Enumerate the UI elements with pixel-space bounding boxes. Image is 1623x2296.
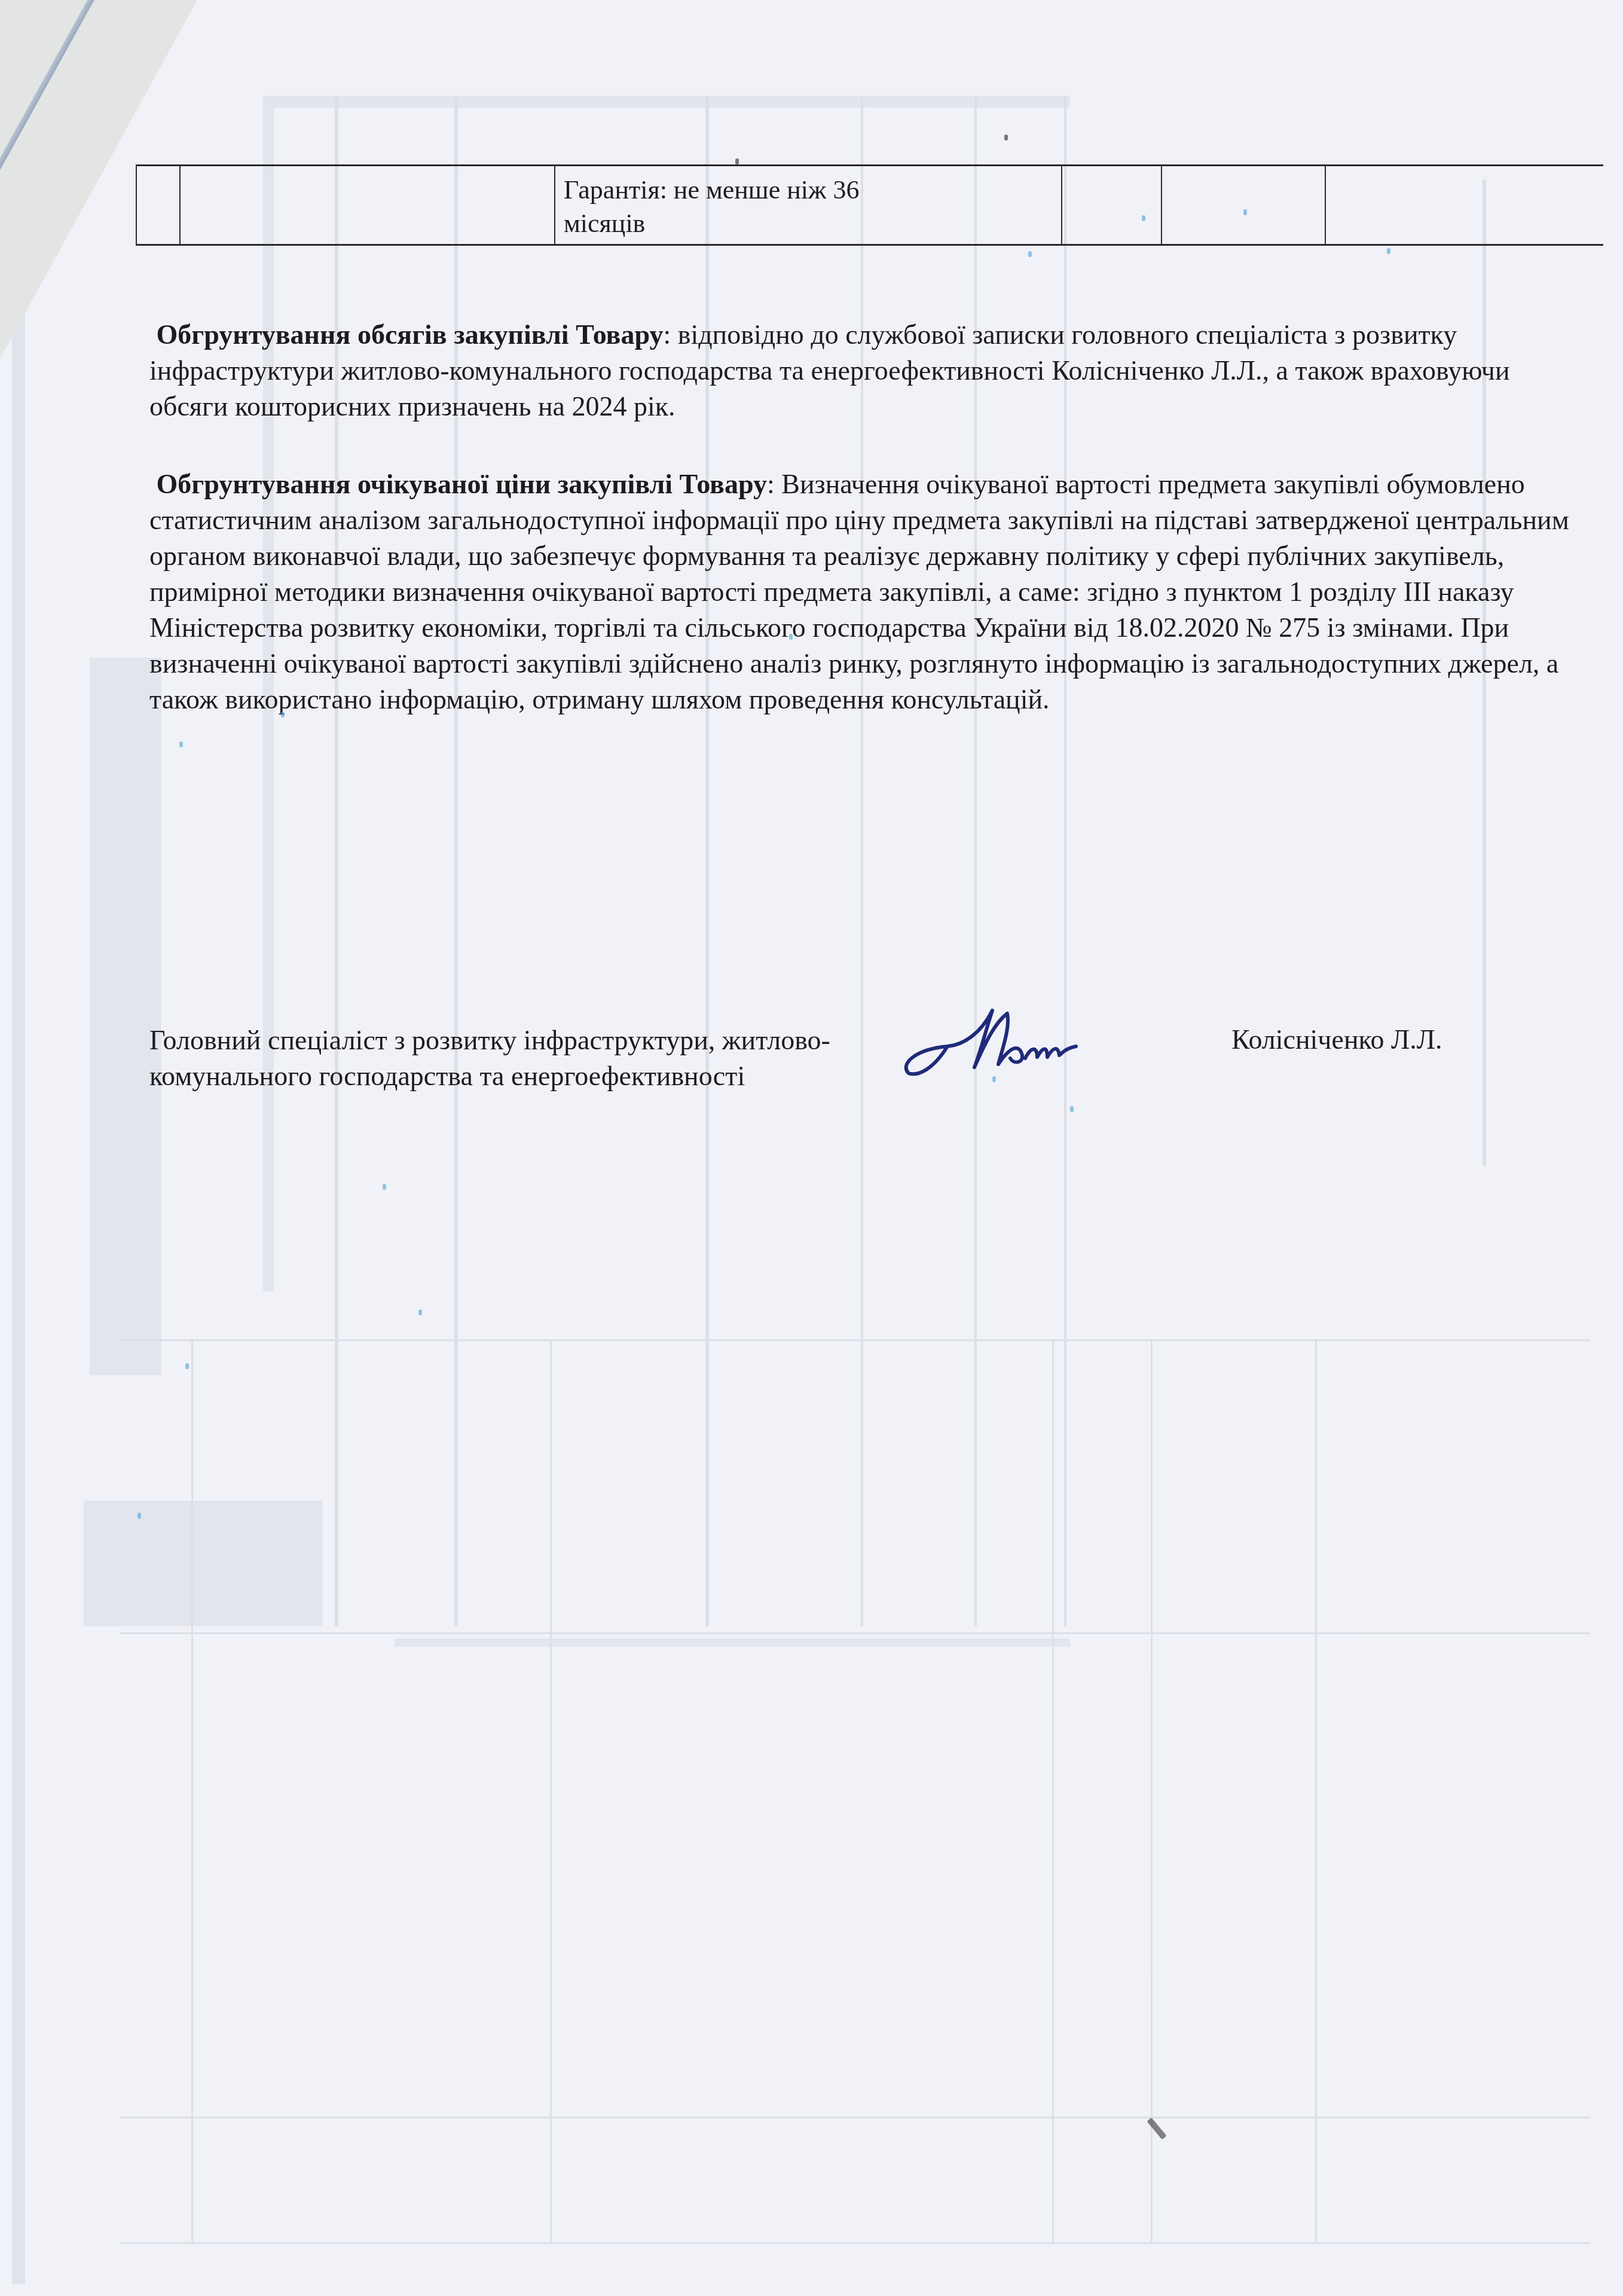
price-justification-paragraph: Обгрунтування очікуваної ціни закупівлі … [149, 466, 1572, 717]
signatory-title: Головний спеціаліст з розвитку інфрастру… [149, 1022, 837, 1094]
table-cell-unit [1061, 166, 1162, 244]
volume-justification-label: Обгрунтування обсягів закупівлі Товару [157, 319, 664, 350]
handwritten-signature-icon [891, 1004, 1082, 1082]
table-cell-characteristics: Гарантія: не менше ніж 36 місяців [554, 166, 1062, 244]
scanned-page: Гарантія: не менше ніж 36 місяців Обгрун… [0, 0, 1623, 2296]
signatory-name: Колісніченко Л.Л. [1231, 1024, 1442, 1055]
table-cell-number [136, 166, 181, 244]
scan-edge-shadow [12, 251, 25, 2284]
price-justification-text: : Визначення очікуваної вартості предмет… [149, 469, 1569, 715]
table-cell-quantity [1161, 166, 1326, 244]
table-cell-name [179, 166, 555, 244]
volume-justification-paragraph: Обгрунтування обсягів закупівлі Товару: … [149, 317, 1572, 425]
product-table-fragment: Гарантія: не менше ніж 36 місяців [136, 164, 1603, 246]
warranty-text: Гарантія: не менше ніж 36 місяців [564, 173, 934, 240]
table-cell-compliance [1325, 166, 1604, 244]
signatory-position: Головний спеціаліст з розвитку інфрастру… [149, 1022, 837, 1094]
price-justification-label: Обгрунтування очікуваної ціни закупівлі … [157, 469, 767, 499]
